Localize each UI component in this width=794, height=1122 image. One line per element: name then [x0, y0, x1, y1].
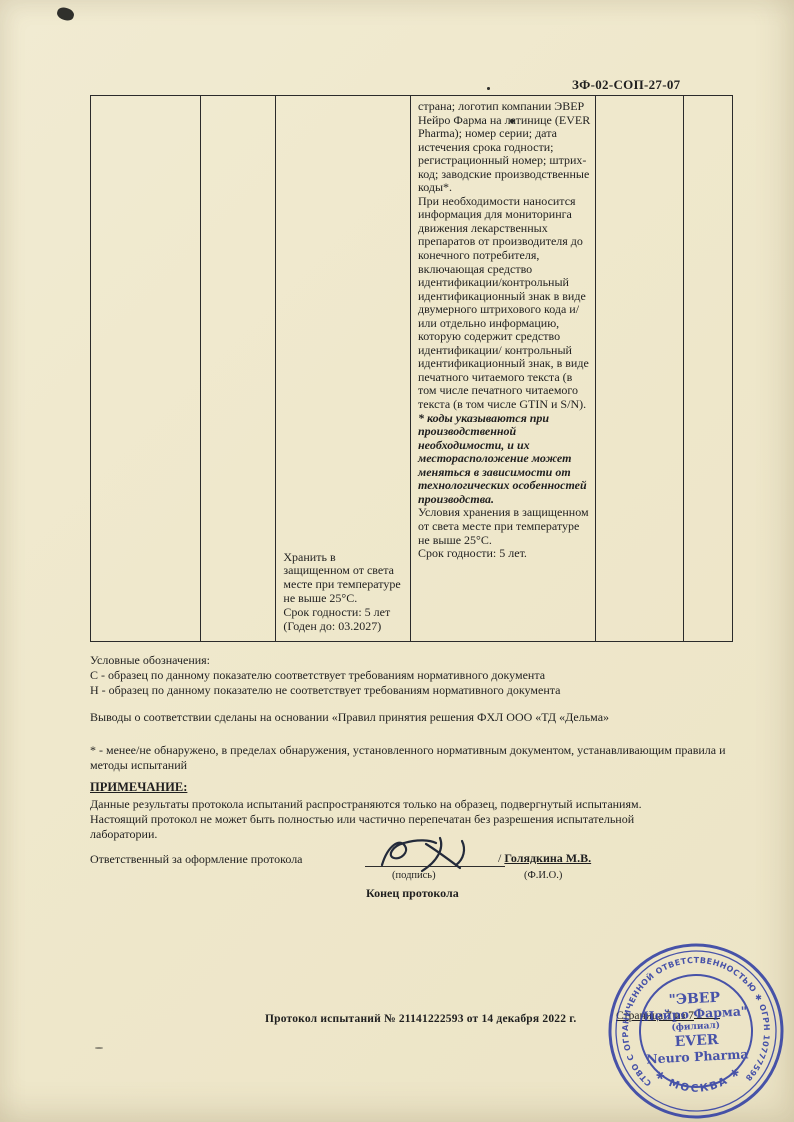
marking-paragraph: При необходимости наносится информация д… — [418, 195, 590, 412]
legend-title: Условные обозначения: — [90, 653, 730, 668]
note-line: Данные результаты протокола испытаний ра… — [90, 797, 690, 812]
stamp-center-line2: Нейро Фарма" — [642, 1003, 747, 1023]
legend-line-c: С - образец по данному показателю соотве… — [90, 668, 730, 683]
storage-text-line: (Годен до: 03.2027) — [283, 620, 404, 634]
marking-paragraph: Условия хранения в защищенном от света м… — [418, 506, 590, 547]
stamp-city-text: ✱ МОСКВА ✱ — [652, 1064, 745, 1097]
table-cell-marking: страна; логотип компании ЭВЕР Нейро Фарм… — [411, 96, 596, 641]
note-block: ПРИМЕЧАНИЕ: Данные результаты протокола … — [90, 780, 690, 842]
scanned-document-page: ЗФ-02-СОП-27-07 Хранить в защищенном от … — [0, 0, 794, 1122]
scan-artifact — [56, 6, 76, 23]
table-cell-indicator — [91, 96, 201, 641]
marking-paragraph: страна; логотип компании ЭВЕР Нейро Фарм… — [418, 100, 590, 195]
table-cell-conclusion — [684, 96, 732, 641]
marking-paragraph-note: * коды указываются при производственной … — [418, 412, 590, 507]
company-stamp: ОБЩЕСТВО С ОГРАНИЧЕННОЙ ОТВЕТСТВЕННОСТЬЮ… — [600, 936, 791, 1122]
footer-protocol-reference: Протокол испытаний № 21141222593 от 14 д… — [265, 1013, 576, 1025]
legend-line-n: Н - образец по данному показателю не соо… — [90, 683, 730, 698]
table-cell-storage: Хранить в защищенном от света месте при … — [276, 96, 411, 641]
document-form-code: ЗФ-02-СОП-27-07 — [572, 77, 680, 93]
responsible-name-row: /Голядкина М.В. — [498, 851, 591, 866]
fio-caption: (Ф.И.О.) — [524, 870, 562, 881]
note-title: ПРИМЕЧАНИЕ: — [90, 780, 690, 796]
legend-block: Условные обозначения: С - образец по дан… — [90, 653, 730, 697]
storage-text-line: Хранить в защищенном от света месте при … — [283, 551, 404, 607]
protocol-table: Хранить в защищенном от света месте при … — [90, 95, 733, 642]
scan-artifact — [95, 1047, 103, 1049]
table-cell-method — [201, 96, 277, 641]
table-cell-result — [596, 96, 684, 641]
responsible-label: Ответственный за оформление протокола — [90, 852, 303, 867]
stamp-center-line5: Neuro Pharma — [646, 1046, 749, 1066]
end-of-protocol-line: Конец протокола — [366, 886, 459, 901]
handwritten-signature — [374, 835, 500, 873]
storage-text-line: Срок годности: 5 лет — [283, 606, 404, 620]
scan-artifact — [487, 87, 490, 90]
asterisk-note: * - менее/не обнаружено, в пределах обна… — [90, 743, 738, 773]
responsible-name: Голядкина М.В. — [504, 851, 591, 865]
marking-paragraph: Срок годности: 5 лет. — [418, 547, 590, 561]
conclusions-line: Выводы о соответствии сделаны на основан… — [90, 710, 740, 725]
